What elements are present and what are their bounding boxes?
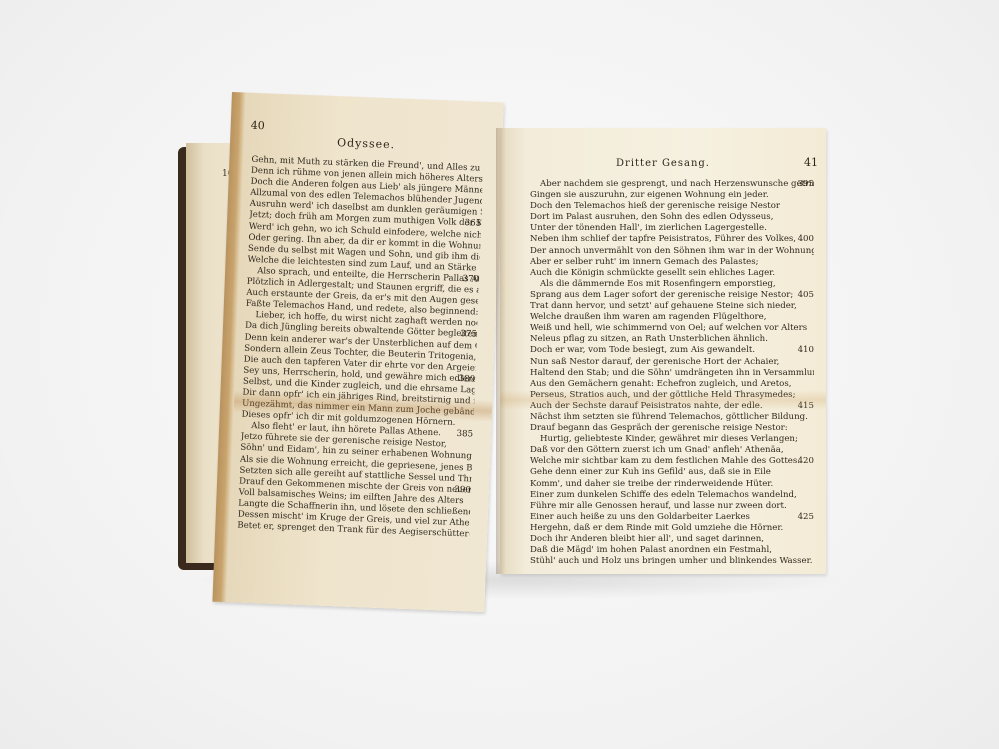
verse-line: Doch ihr Anderen bleibt hier all', und s… (530, 534, 814, 545)
verse-line: Der annoch unvermählt von den Söhnen ihm… (530, 246, 814, 257)
right-page: Dritter Gesang. 41 Aber nachdem sie gesp… (500, 128, 826, 574)
verse-line: Stühl' auch und Holz uns bringen umher u… (530, 556, 814, 567)
verse-line: Welche mir sichtbar kam zu dem festliche… (530, 456, 814, 467)
line-number: 395 (798, 179, 814, 190)
verse-text: Komm', und daher sie treibe der rinderwe… (530, 479, 773, 489)
verse-line: Auch die Königin schmückte gesellt sein … (530, 268, 814, 279)
verse-text: Aber nachdem sie gesprengt, und nach Her… (530, 179, 814, 189)
verse-line: Nächst ihm setzten sie führend Telemacho… (530, 412, 814, 423)
left-running-title: Odyssee. (230, 132, 502, 155)
book-gutter (496, 128, 506, 574)
line-number: 385 (456, 429, 473, 441)
verse-text: Daß die Mägd' im hohen Palast anordnen e… (530, 545, 772, 555)
verse-text: Aus den Gemächern genaht: Echefron zugle… (530, 379, 792, 389)
right-running-title: Dritter Gesang. (500, 158, 826, 169)
verse-line: Trat dann hervor, und setzt' auf gehauen… (530, 301, 814, 312)
verse-text: Auch die Königin schmückte gesellt sein … (530, 268, 775, 278)
verse-line: Als die dämmernde Eos mit Rosenfingern e… (530, 279, 814, 290)
verse-line: Unter der tönenden Hall', im zierlichen … (530, 223, 814, 234)
verse-text: Trat dann hervor, und setzt' auf gehauen… (530, 301, 797, 311)
verse-line: Neben ihm schlief der tapfre Peisistrato… (530, 234, 814, 245)
verse-line: Dort im Palast ausruhen, den Sohn des ed… (530, 212, 814, 223)
verse-line: Führe mir alle Genossen herauf, und lass… (530, 501, 814, 512)
verse-text: Drauf begann das Gespräch der gerenische… (530, 423, 788, 433)
verse-text: Daß vor den Göttern zuerst ich um Gnad' … (530, 445, 784, 455)
verse-text: Hurtig, geliebteste Kinder, gewähret mir… (530, 434, 798, 444)
verse-text: Welche mir sichtbar kam zu dem festliche… (530, 456, 800, 466)
verse-line: Weiß und hell, wie schimmernd von Oel; a… (530, 323, 814, 334)
verse-text: Hergehn, daß er dem Rinde mit Gold umzie… (530, 523, 783, 533)
verse-line: Einer auch heiße zu uns den Goldarbeiter… (530, 512, 814, 523)
verse-text: Weiß und hell, wie schimmernd von Oel; a… (530, 323, 807, 333)
verse-line: Gingen sie auszuruhn, zur eigenen Wohnun… (530, 190, 814, 201)
verse-text: Dort im Palast ausruhen, den Sohn des ed… (530, 212, 773, 222)
verse-line: Daß vor den Göttern zuerst ich um Gnad' … (530, 445, 814, 456)
verse-text: Gingen sie auszuruhn, zur eigenen Wohnun… (530, 190, 769, 200)
line-number: 390 (454, 485, 471, 497)
verse-text: Unter der tönenden Hall', im zierlichen … (530, 223, 767, 233)
verse-text: Neleus pflag zu sitzen, an Rath Unsterbl… (530, 334, 768, 344)
verse-line: Daß die Mägd' im hohen Palast anordnen e… (530, 545, 814, 556)
verse-text: Doch den Telemachos hieß der gerenische … (530, 201, 780, 211)
verse-line: Aber er selber ruht' im innern Gemach de… (530, 257, 814, 268)
left-page: 40 Odyssee. Gehn, mit Muth zu stärken di… (212, 92, 503, 612)
line-number: 425 (798, 512, 814, 523)
left-page-number: 40 (250, 119, 264, 133)
verse-text: Doch ihr Anderen bleibt hier all', und s… (530, 534, 764, 544)
verse-text: Nächst ihm setzten sie führend Telemacho… (530, 412, 808, 422)
line-number: 420 (798, 456, 814, 467)
line-number: 375 (460, 329, 477, 341)
verse-line: Drauf begann das Gespräch der gerenische… (530, 423, 814, 434)
verse-text: Der annoch unvermählt von den Söhnen ihm… (530, 246, 814, 256)
verse-text: Sprang aus dem Lager sofort der gerenisc… (530, 290, 793, 300)
verse-line: Haltend den Stab; und die Söhn' umdränge… (530, 368, 814, 379)
water-stain (500, 390, 826, 410)
verse-text: Aber er selber ruht' im innern Gemach de… (530, 257, 759, 267)
verse-line: Nun saß Nestor darauf, der gerenische Ho… (530, 357, 814, 368)
verse-line: Doch den Telemachos hieß der gerenische … (530, 201, 814, 212)
verse-line: Neleus pflag zu sitzen, an Rath Unsterbl… (530, 334, 814, 345)
verse-line: Aber nachdem sie gesprengt, und nach Her… (530, 179, 814, 190)
left-page-body: Gehn, mit Muth zu stärken die Freund', u… (237, 155, 483, 541)
line-number: 400 (798, 234, 814, 245)
verse-text: Stühl' auch und Holz uns bringen umher u… (530, 556, 812, 566)
verse-line: Hergehn, daß er dem Rinde mit Gold umzie… (530, 523, 814, 534)
verse-line: Aus den Gemächern genaht: Echefron zugle… (530, 379, 814, 390)
verse-line: Welche draußen ihm waren am ragenden Flü… (530, 312, 814, 323)
verse-line: Doch er war, vom Tode besiegt, zum Ais g… (530, 345, 814, 356)
line-number: 370 (462, 274, 479, 286)
verse-text: Welche draußen ihm waren am ragenden Flü… (530, 312, 766, 322)
verse-text: Doch er war, vom Tode besiegt, zum Ais g… (530, 345, 755, 355)
verse-line: Gehe denn einer zur Kuh ins Gefild' aus,… (530, 467, 814, 478)
verse-line: Sprang aus dem Lager sofort der gerenisc… (530, 290, 814, 301)
right-page-number: 41 (804, 156, 818, 169)
verse-text: Neben ihm schlief der tapfre Peisistrato… (530, 234, 796, 244)
verse-text: Einer auch heiße zu uns den Goldarbeiter… (530, 512, 750, 522)
line-number: 365 (464, 219, 481, 231)
verse-text: Einer zum dunkelen Schiffe des edeln Tel… (530, 490, 797, 500)
verse-line: Hurtig, geliebteste Kinder, gewähret mir… (530, 434, 814, 445)
verse-text: Nun saß Nestor darauf, der gerenische Ho… (530, 357, 779, 367)
right-page-body: Aber nachdem sie gesprengt, und nach Her… (530, 179, 814, 567)
verse-line: Einer zum dunkelen Schiffe des edeln Tel… (530, 490, 814, 501)
line-number: 380 (459, 374, 476, 386)
verse-text: Als die dämmernde Eos mit Rosenfingern e… (530, 279, 776, 289)
verse-text: Führe mir alle Genossen herauf, und lass… (530, 501, 787, 511)
verse-text: Gehe denn einer zur Kuh ins Gefild' aus,… (530, 467, 771, 477)
verse-text: Haltend den Stab; und die Söhn' umdränge… (530, 368, 814, 378)
verse-line: Komm', und daher sie treibe der rinderwe… (530, 479, 814, 490)
line-number: 405 (798, 290, 814, 301)
line-number: 410 (798, 345, 814, 356)
